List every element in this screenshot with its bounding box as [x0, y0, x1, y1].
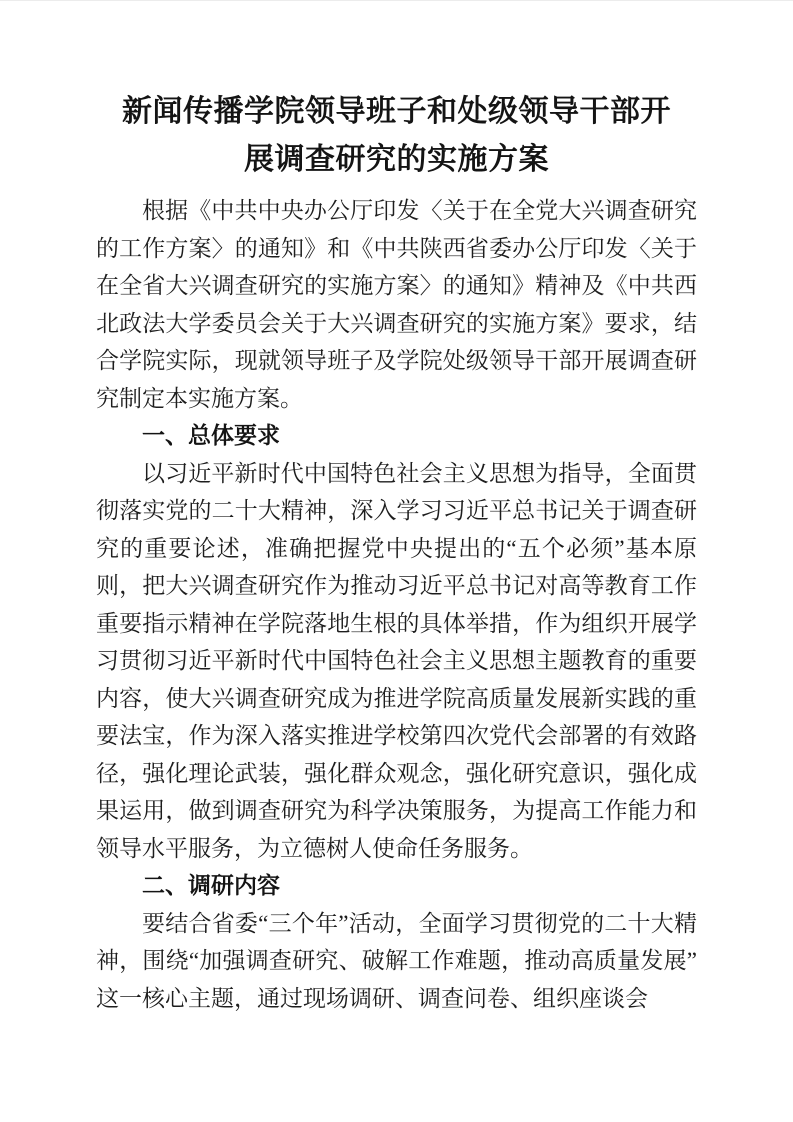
document-title-line-1: 新闻传播学院领导班子和处级领导干部开 [96, 88, 697, 136]
document-page: 新闻传播学院领导班子和处级领导干部开 展调查研究的实施方案 根据《中共中央办公厅… [0, 0, 793, 1122]
section-heading-research-content: 二、调研内容 [96, 867, 697, 905]
section-heading-overall-requirements: 一、总体要求 [96, 417, 697, 455]
paragraph-overall-requirements: 以习近平新时代中国特色社会主义思想为指导，全面贯彻落实党的二十大精神，深入学习习… [96, 455, 697, 868]
document-title: 新闻传播学院领导班子和处级领导干部开 展调查研究的实施方案 [96, 88, 697, 184]
document-body: 根据《中共中央办公厅印发〈关于在全党大兴调查研究的工作方案〉的通知》和《中共陕西… [96, 192, 697, 1017]
paragraph-basis: 根据《中共中央办公厅印发〈关于在全党大兴调查研究的工作方案〉的通知》和《中共陕西… [96, 192, 697, 417]
document-title-line-2: 展调查研究的实施方案 [96, 136, 697, 184]
paragraph-research-content: 要结合省委“三个年”活动，全面学习贯彻党的二十大精神，围绕“加强调查研究、破解工… [96, 905, 697, 1018]
